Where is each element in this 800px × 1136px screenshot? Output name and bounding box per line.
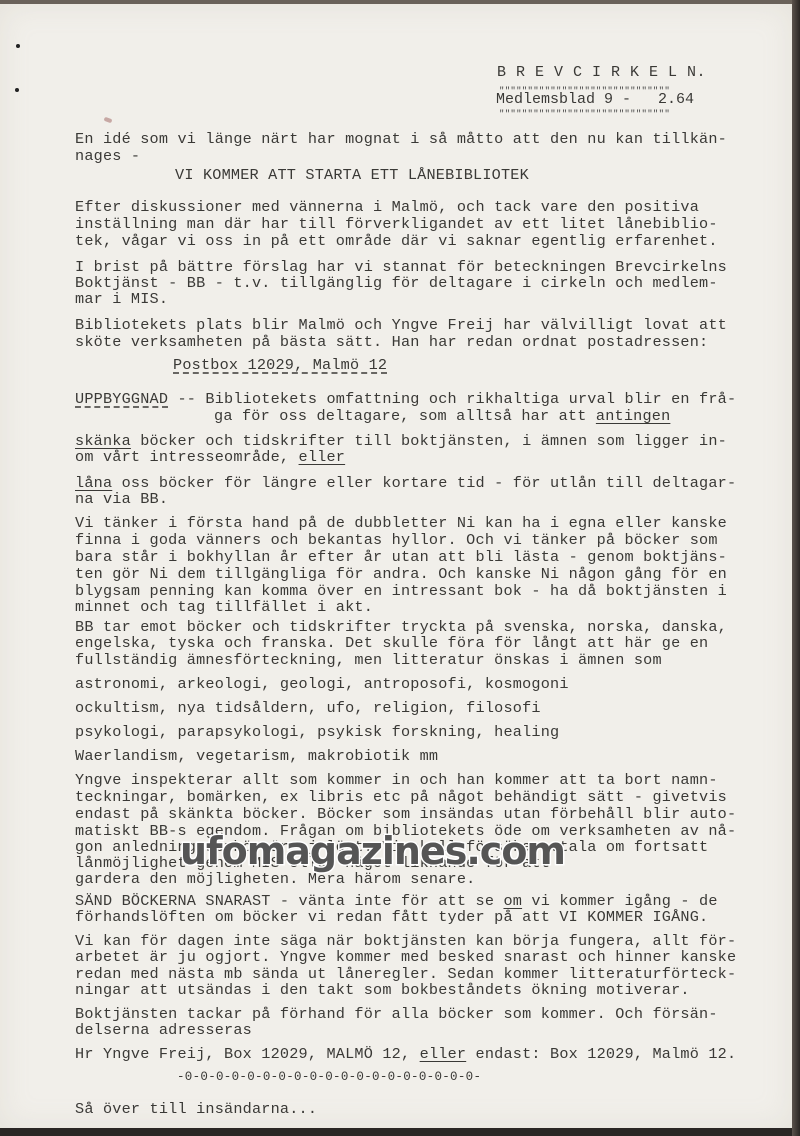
paragraph-line: gardera den möjligheten. Mera härom sena… [75,872,476,887]
document-page: B R E V C I R K E L N. """""""""""""""""… [0,4,792,1128]
paragraph-line: redan med nästa mb sända ut låneregler. … [75,967,736,982]
paragraph-line: Bibliotekets plats blir Malmö och Yngve … [75,318,727,333]
address-line: Hr Yngve Freij, Box 12029, MALMÖ 12, ell… [75,1047,736,1062]
paragraph-line: finna i goda vänners och bekantas hyllor… [75,533,718,548]
paragraph-line: I brist på bättre förslag har vi stannat… [75,260,727,275]
paragraph-line: inställning man där har till förverkliga… [75,217,718,232]
paragraph-line: BB tar emot böcker och tidskrifter tryck… [75,620,727,635]
lana-line: na via BB. [75,492,168,507]
text: ga för oss deltagare, som alltså har att [214,407,596,425]
paragraph-line: Yngve inspekterar allt som kommer in och… [75,773,718,788]
subject-line: Waerlandism, vegetarism, makrobiotik mm [75,749,438,764]
postbox-address: Postbox 12029, Malmö 12 [173,358,387,373]
headline: VI KOMMER ATT STARTA ETT LÅNEBIBLIOTEK [175,168,529,183]
punch-mark [16,44,20,48]
text: om vårt intresseområde, [75,448,299,466]
subject-line: ockultism, nya tidsåldern, ufo, religion… [75,701,541,716]
text: oss böcker för längre eller kortare tid … [112,474,736,492]
paragraph-line: blygsam penning kan komma över en intres… [75,584,727,599]
watermark: ufomagazines.com [180,829,565,873]
scan-right-edge [792,0,800,1136]
paragraph-line: ten gör Ni dem tillgängliga för andra. O… [75,567,727,582]
newsletter-title: B R E V C I R K E L N. [497,64,706,81]
divider: -0-0-0-0-0-0-0-0-0-0-0-0-0-0-0-0-0-0-0- [177,1070,481,1085]
emphasis: eller [299,448,346,466]
ink-mark [104,117,113,123]
paragraph-line: ningar att utsändas i den takt som bokbe… [75,983,690,998]
text: -- Bibliotekets omfattning och rikhaltig… [168,390,736,408]
paragraph-line: engelska, tyska och franska. Det skulle … [75,636,708,651]
paragraph-line: teckningar, bomärken, ex libris etc på n… [75,790,727,805]
subject-line: psykologi, parapsykologi, psykisk forskn… [75,725,559,740]
text: Hr Yngve Freij, Box 12029, MALMÖ 12, [75,1045,420,1063]
postbox-text: Postbox 12029, Malmö 12 [173,356,387,374]
issue-label: Medlemsblad 9 - 2.64 [496,91,694,108]
paragraph-line: endast på skänkta böcker. Böcker som ins… [75,807,736,822]
tick-rule: """""""""""""""""""""""""""""" [499,109,670,119]
paragraph-line: Boktjänst - BB - t.v. tillgänglig för de… [75,276,718,291]
skanka-line: skänka böcker och tidskrifter till boktj… [75,434,727,449]
intro-line: nages - [75,149,140,164]
lana-line: låna oss böcker för längre eller kortare… [75,476,736,491]
paragraph-line: Vi kan för dagen inte säga när boktjänst… [75,934,736,949]
closing-line: Så över till insändarna... [75,1102,317,1117]
paragraph-line: delserna adresseras [75,1023,252,1038]
paragraph-line: Boktjänsten tackar på förhand för alla b… [75,1007,718,1022]
uppbyggnad-line: UPPBYGGNAD -- Bibliotekets omfattning oc… [75,392,736,407]
paragraph-line: bara står i bokhyllan år efter år utan a… [75,550,727,565]
skanka-line: om vårt intresseområde, eller [75,450,345,465]
paragraph-line: Efter diskussioner med vännerna i Malmö,… [75,200,699,215]
uppbyggnad-line: ga för oss deltagare, som alltså har att… [214,409,670,424]
paragraph-line: sköte verksamheten på bästa sätt. Han ha… [75,335,708,350]
emphasis: antingen [596,407,671,425]
paragraph-line: minnet och tag tillfället i akt. [75,600,373,615]
intro-line: En idé som vi länge närt har mognat i så… [75,132,727,147]
paragraph-line: tek, vågar vi oss in på ett område där v… [75,234,718,249]
section-label: UPPBYGGNAD [75,390,168,408]
paragraph-line: Vi tänker i första hand på de dubbletter… [75,516,727,531]
paragraph-line: arbetet är ju ogjort. Yngve kommer med b… [75,950,736,965]
send-line: SÄND BÖCKERNA SNARAST - vänta inte för a… [75,894,718,909]
punch-mark [15,88,19,92]
subject-line: astronomi, arkeologi, geologi, antroposo… [75,677,569,692]
paragraph-line: fullständig ämnesförteckning, men litter… [75,653,662,668]
paragraph-line: mar i MIS. [75,292,168,307]
emphasis: eller [420,1045,467,1063]
send-line: förhandslöften om böcker vi redan fått t… [75,910,708,925]
text: endast: Box 12029, Malmö 12. [466,1045,736,1063]
